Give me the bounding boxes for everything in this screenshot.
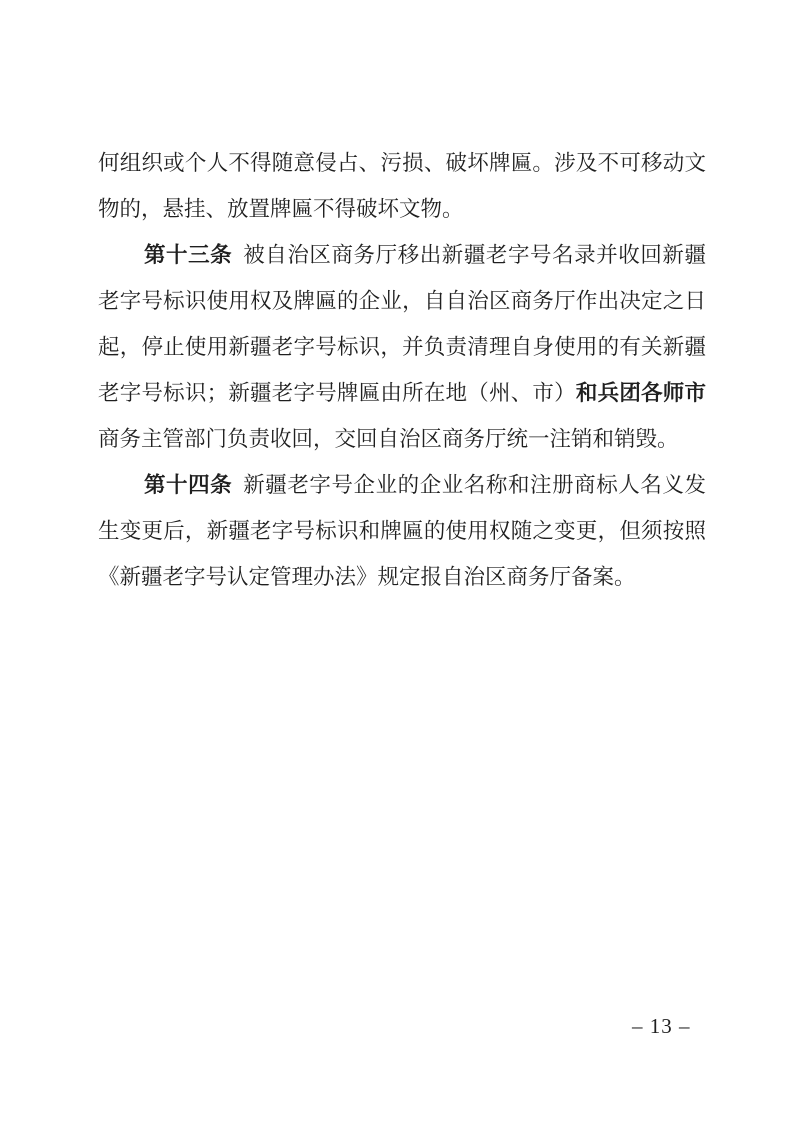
line-text: 新疆老字号企业的企业名称和注册商标人名义发 [243,473,706,497]
line-text-bold: 和兵团各师市 [576,381,706,405]
document-body: 何组织或个人不得随意侵占、污损、破坏牌匾。涉及不可移动文 物的，悬挂、放置牌匾不… [98,140,706,600]
text-line: 老字号标识；新疆老字号牌匾由所在地（州、市）和兵团各师市 [98,370,706,416]
line-text: 起，停止使用新疆老字号标识，并负责清理自身使用的有关新疆 [98,335,706,359]
text-line: 《新疆老字号认定管理办法》规定报自治区商务厅备案。 [98,554,706,600]
line-text: 物的，悬挂、放置牌匾不得破坏文物。 [98,197,464,221]
text-line: 老字号标识使用权及牌匾的企业，自自治区商务厅作出决定之日 [98,278,706,324]
document-page: 何组织或个人不得随意侵占、污损、破坏牌匾。涉及不可移动文 物的，悬挂、放置牌匾不… [0,0,793,1122]
line-text: 何组织或个人不得随意侵占、污损、破坏牌匾。涉及不可移动文 [98,151,706,175]
text-line: 物的，悬挂、放置牌匾不得破坏文物。 [98,186,706,232]
line-text: 商务主管部门负责收回，交回自治区商务厅统一注销和销毁。 [98,427,679,451]
line-text: 被自治区商务厅移出新疆老字号名录并收回新疆 [243,243,706,267]
text-line: 商务主管部门负责收回，交回自治区商务厅统一注销和销毁。 [98,416,706,462]
text-line: 生变更后，新疆老字号标识和牌匾的使用权随之变更，但须按照 [98,508,706,554]
article-number: 第十四条 [144,473,232,497]
line-text: 生变更后，新疆老字号标识和牌匾的使用权随之变更，但须按照 [98,519,706,543]
text-line: 起，停止使用新疆老字号标识，并负责清理自身使用的有关新疆 [98,324,706,370]
line-text: 老字号标识；新疆老字号牌匾由所在地（州、市） [98,381,576,405]
page-number: – 13 – [632,1012,691,1040]
text-line: 何组织或个人不得随意侵占、污损、破坏牌匾。涉及不可移动文 [98,140,706,186]
line-text: 老字号标识使用权及牌匾的企业，自自治区商务厅作出决定之日 [98,289,706,313]
article-number: 第十三条 [144,243,232,267]
line-text: 《新疆老字号认定管理办法》规定报自治区商务厅备案。 [98,565,636,589]
text-line: 第十四条新疆老字号企业的企业名称和注册商标人名义发 [98,462,706,508]
text-line: 第十三条被自治区商务厅移出新疆老字号名录并收回新疆 [98,232,706,278]
